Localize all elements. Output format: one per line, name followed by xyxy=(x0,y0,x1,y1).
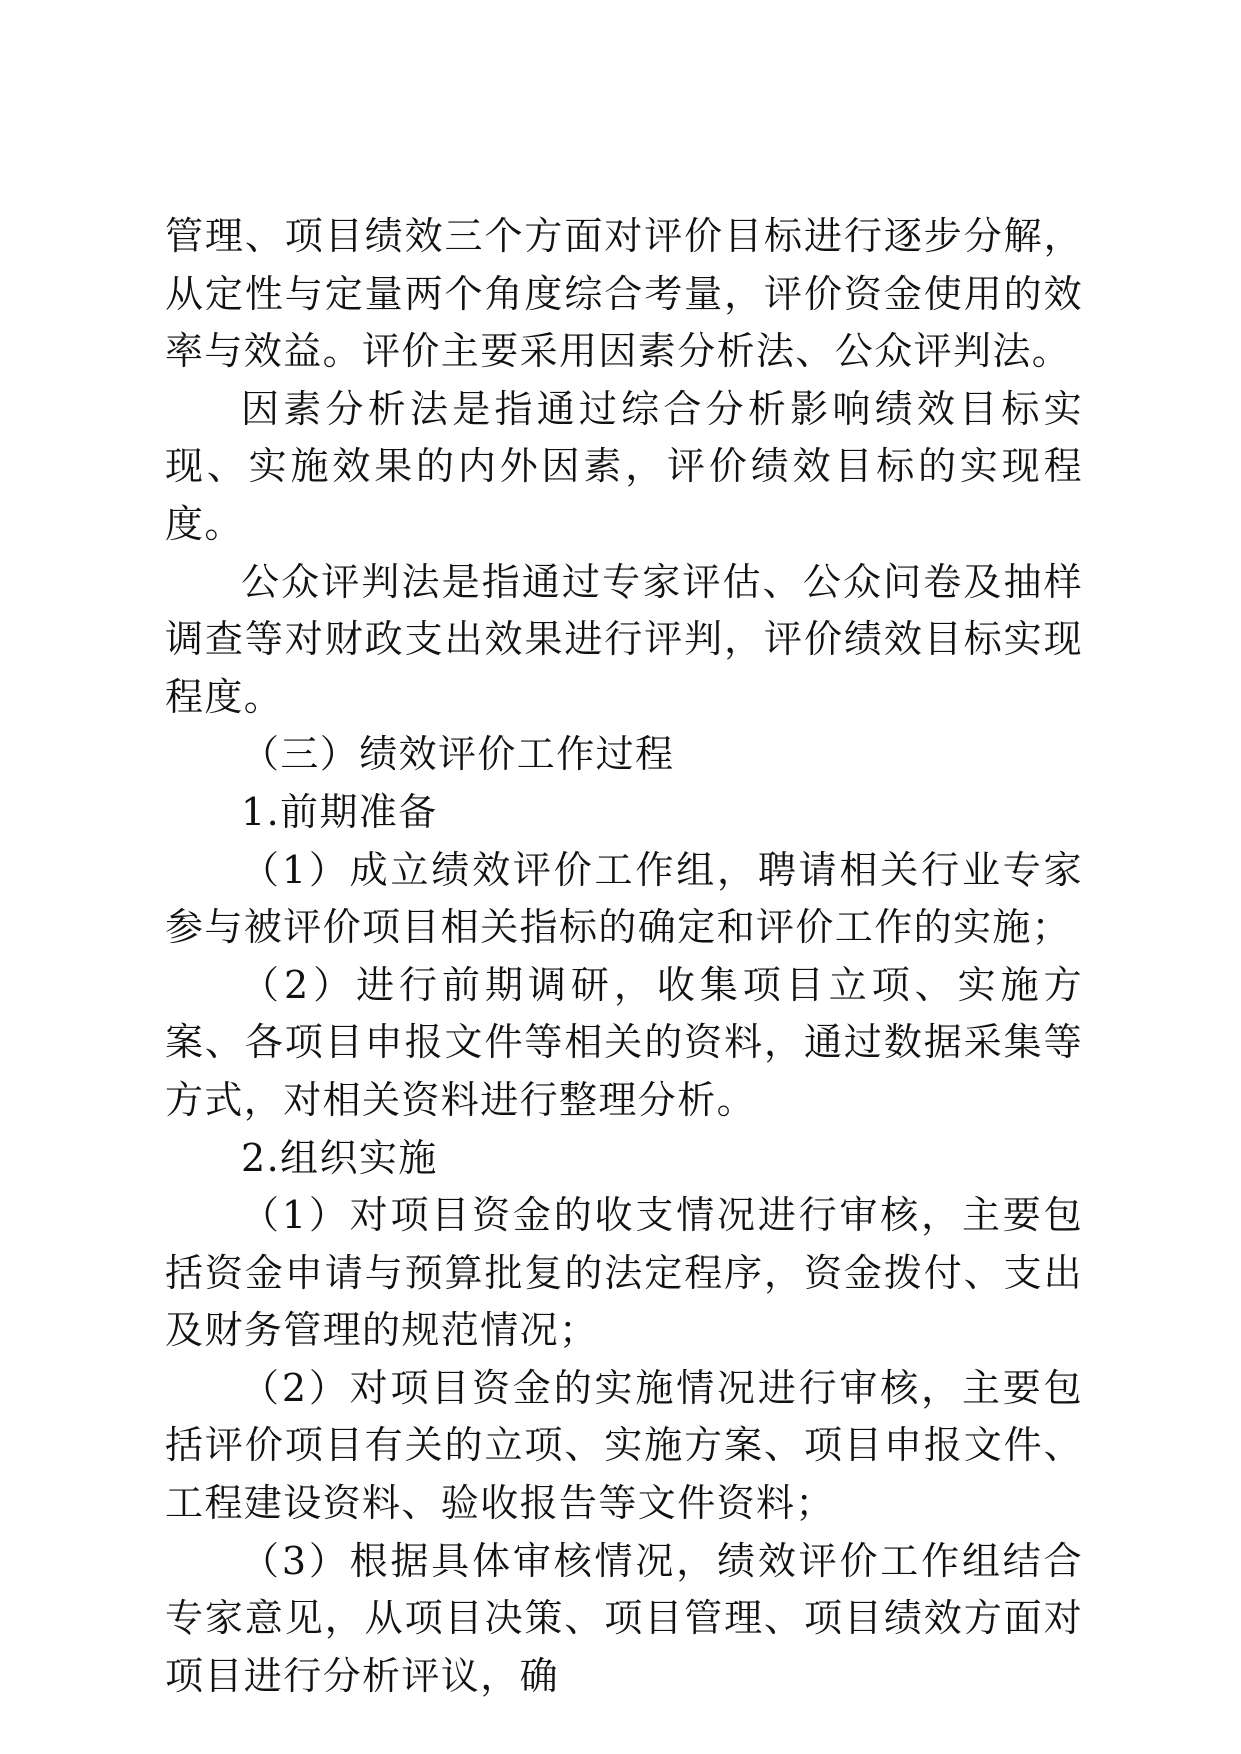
paragraph-method-overview: 管理、项目绩效三个方面对评价目标进行逐步分解，从定性与定量两个角度综合考量，评价… xyxy=(165,208,1083,381)
subheading-preparation: 1.前期准备 xyxy=(165,784,1083,842)
paragraph-impl-item-2: （2）对项目资金的实施情况进行审核，主要包括评价项目有关的立项、实施方案、项目申… xyxy=(165,1360,1083,1533)
paragraph-impl-item-1: （1）对项目资金的收支情况进行审核，主要包括资金申请与预算批复的法定程序，资金拨… xyxy=(165,1187,1083,1360)
paragraph-impl-item-3: （3）根据具体审核情况，绩效评价工作组结合专家意见，从项目决策、项目管理、项目绩… xyxy=(165,1533,1083,1706)
document-body: 管理、项目绩效三个方面对评价目标进行逐步分解，从定性与定量两个角度综合考量，评价… xyxy=(165,208,1083,1705)
paragraph-prep-item-2: （2）进行前期调研，收集项目立项、实施方案、各项目申报文件等相关的资料，通过数据… xyxy=(165,957,1083,1130)
paragraph-public-judgment: 公众评判法是指通过专家评估、公众问卷及抽样调查等对财政支出效果进行评判，评价绩效… xyxy=(165,554,1083,727)
document-page: 管理、项目绩效三个方面对评价目标进行逐步分解，从定性与定量两个角度综合考量，评价… xyxy=(0,0,1241,1754)
subheading-implementation: 2.组织实施 xyxy=(165,1130,1083,1188)
paragraph-factor-analysis: 因素分析法是指通过综合分析影响绩效目标实现、实施效果的内外因素，评价绩效目标的实… xyxy=(165,381,1083,554)
paragraph-prep-item-1: （1）成立绩效评价工作组，聘请相关行业专家参与被评价项目相关指标的确定和评价工作… xyxy=(165,842,1083,957)
section-heading-evaluation-process: （三）绩效评价工作过程 xyxy=(165,726,1083,784)
